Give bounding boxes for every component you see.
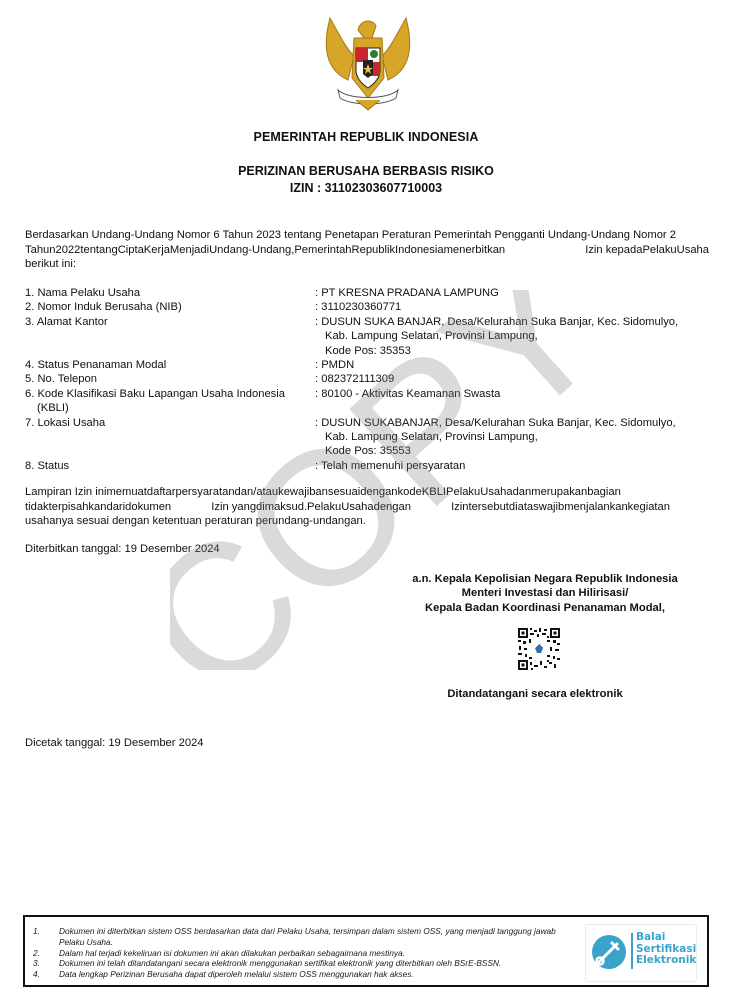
field-value: : DUSUN SUKABANJAR, Desa/Kelurahan Suka … bbox=[315, 416, 715, 459]
lampiran-paragraph: Lampiran Izin inimemuatdaftarpersyaratan… bbox=[25, 485, 709, 529]
printed-date: Dicetak tanggal: 19 Desember 2024 bbox=[25, 737, 204, 749]
bsre-text: Balai Sertifikasi Elektronik bbox=[636, 932, 696, 967]
field-value: : 082372111309 bbox=[315, 372, 715, 386]
field-value: : DUSUN SUKA BANJAR, Desa/Kelurahan Suka… bbox=[315, 315, 715, 358]
intro-line-part: Izin kepadaPelakuUsaha bbox=[585, 243, 709, 258]
signer-line: Menteri Investasi dan Hilirisasi/ bbox=[380, 586, 710, 600]
footer-notes: 1. Dokumen ini diterbitkan sistem OSS be… bbox=[33, 926, 593, 980]
field-row: 4. Status Penanaman Modal : PMDN bbox=[25, 358, 715, 372]
garuda-emblem-icon bbox=[318, 8, 418, 112]
field-value: : PT KRESNA PRADANA LAMPUNG bbox=[315, 286, 715, 300]
lampiran-line: tidakterpisahkandaridokumen Izin yangdim… bbox=[25, 500, 670, 515]
footer-notes-box: 1. Dokumen ini diterbitkan sistem OSS be… bbox=[23, 915, 709, 987]
intro-line-part: Tahun2022tentangCiptaKerjaMenjadiUndang-… bbox=[25, 243, 505, 258]
signer-block: a.n. Kepala Kepolisian Negara Republik I… bbox=[380, 572, 710, 615]
document-type-title: PERIZINAN BERUSAHA BERBASIS RISIKO bbox=[0, 164, 732, 178]
lampiran-line: Lampiran Izin inimemuatdaftarpersyaratan… bbox=[25, 485, 709, 500]
intro-paragraph: Berdasarkan Undang-Undang Nomor 6 Tahun … bbox=[25, 228, 709, 272]
bsre-divider bbox=[631, 933, 633, 969]
permit-number: IZIN : 31102303607710003 bbox=[0, 181, 732, 195]
footer-note: 3.Dokumen ini telah ditandatangani secar… bbox=[33, 958, 593, 969]
field-row: 3. Alamat Kantor : DUSUN SUKA BANJAR, De… bbox=[25, 315, 715, 358]
field-label: 4. Status Penanaman Modal bbox=[25, 358, 315, 372]
field-row: 1. Nama Pelaku Usaha : PT KRESNA PRADANA… bbox=[25, 286, 715, 300]
issued-date: Diterbitkan tanggal: 19 Desember 2024 bbox=[25, 543, 220, 555]
qr-code-icon bbox=[517, 627, 561, 671]
field-label: 1. Nama Pelaku Usaha bbox=[25, 286, 315, 300]
field-row: 7. Lokasi Usaha : DUSUN SUKABANJAR, Desa… bbox=[25, 416, 715, 459]
permit-fields: 1. Nama Pelaku Usaha : PT KRESNA PRADANA… bbox=[25, 286, 715, 473]
field-label: 3. Alamat Kantor bbox=[25, 315, 315, 358]
field-label: 7. Lokasi Usaha bbox=[25, 416, 315, 459]
field-row: 2. Nomor Induk Berusaha (NIB) : 31102303… bbox=[25, 300, 715, 314]
intro-line: Tahun2022tentangCiptaKerjaMenjadiUndang-… bbox=[25, 243, 709, 258]
field-label: 5. No. Telepon bbox=[25, 372, 315, 386]
field-value: : Telah memenuhi persyaratan bbox=[315, 459, 715, 473]
intro-line: berikut ini: bbox=[25, 257, 709, 272]
government-title: PEMERINTAH REPUBLIK INDONESIA bbox=[0, 130, 732, 144]
footer-note: 2.Dalam hal terjadi kekeliruan isi dokum… bbox=[33, 948, 593, 959]
signer-line: Kepala Badan Koordinasi Penanaman Modal, bbox=[380, 601, 710, 615]
field-label: 2. Nomor Induk Berusaha (NIB) bbox=[25, 300, 315, 314]
field-row: 6. Kode Klasifikasi Baku Lapangan Usaha … bbox=[25, 387, 715, 416]
bsre-key-icon bbox=[590, 933, 628, 971]
electronic-signature-note: Ditandatangani secara elektronik bbox=[380, 688, 690, 700]
field-value: : 80100 - Aktivitas Keamanan Swasta bbox=[315, 387, 715, 416]
field-row: 5. No. Telepon : 082372111309 bbox=[25, 372, 715, 386]
field-value: : PMDN bbox=[315, 358, 715, 372]
field-value: : 3110230360771 bbox=[315, 300, 715, 314]
signer-line: a.n. Kepala Kepolisian Negara Republik I… bbox=[380, 572, 710, 586]
bsre-logo: Balai Sertifikasi Elektronik bbox=[585, 924, 697, 982]
footer-note: 1. Dokumen ini diterbitkan sistem OSS be… bbox=[33, 926, 593, 948]
field-label: 8. Status bbox=[25, 459, 315, 473]
lampiran-line: usahanya sesuai dengan ketentuan peratur… bbox=[25, 514, 709, 529]
intro-line: Berdasarkan Undang-Undang Nomor 6 Tahun … bbox=[25, 228, 709, 243]
field-row: 8. Status : Telah memenuhi persyaratan bbox=[25, 459, 715, 473]
footer-note: 4.Data lengkap Perizinan Berusaha dapat … bbox=[33, 969, 593, 980]
field-label: 6. Kode Klasifikasi Baku Lapangan Usaha … bbox=[25, 387, 315, 416]
